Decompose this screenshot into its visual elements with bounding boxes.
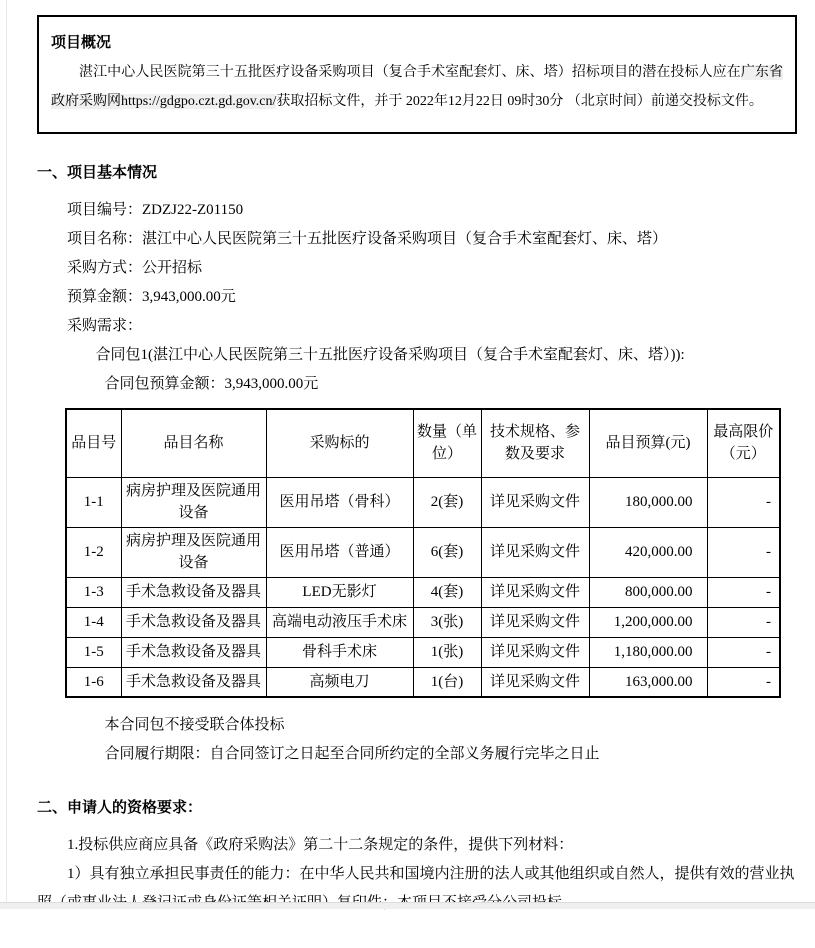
overview-text-before: 湛江中心人民医院第三十五批医疗设备采购项目（复合手术室配套灯、床、塔）招标项目的… [79, 65, 741, 80]
table-cell: 1-4 [66, 607, 121, 637]
table-cell: 手术急救设备及器具 [121, 607, 266, 637]
table-header-row: 品目号 品目名称 采购标的 数量（单位） 技术规格、参数及要求 品目预算(元) … [66, 409, 780, 477]
table-cell-budget: 1,200,000.00 [589, 607, 707, 637]
table-cell: 6(套) [413, 527, 481, 577]
header-item-budget: 品目预算(元) [589, 409, 707, 477]
table-cell-limit: - [707, 477, 780, 527]
performance-period-note: 合同履行期限：自合同签订之日起至合同所约定的全部义务履行完毕之日止 [37, 740, 798, 769]
table-row: 1-2 病房护理及医院通用设备 医用吊塔（普通） 6(套) 详见采购文件 420… [66, 527, 780, 577]
section2-heading: 二、申请人的资格要求： [37, 796, 798, 817]
table-cell: 4(套) [413, 577, 481, 607]
table-cell: 1-2 [66, 527, 121, 577]
table-cell: 手术急救设备及器具 [121, 637, 266, 667]
overview-title: 项目概况 [51, 31, 783, 52]
field-label: 项目名称： [67, 231, 142, 247]
table-cell: 1-6 [66, 667, 121, 697]
table-cell: 病房护理及医院通用设备 [121, 477, 266, 527]
table-cell: 详见采购文件 [481, 477, 589, 527]
table-cell: 详见采购文件 [481, 607, 589, 637]
table-cell: 2(套) [413, 477, 481, 527]
field-label: 采购需求： [67, 318, 142, 334]
table-cell: 详见采购文件 [481, 667, 589, 697]
contract-budget-value: 3,943,000.00元 [225, 376, 319, 392]
qualification-item-1-1: 1）具有独立承担民事责任的能力：在中华人民共和国境内注册的法人或其他组织或自然人… [37, 860, 798, 918]
table-cell: 1(台) [413, 667, 481, 697]
procurement-items-table: 品目号 品目名称 采购标的 数量（单位） 技术规格、参数及要求 品目预算(元) … [65, 408, 781, 698]
project-overview-box: 项目概况 湛江中心人民医院第三十五批医疗设备采购项目（复合手术室配套灯、床、塔）… [37, 15, 797, 134]
table-row: 1-1 病房护理及医院通用设备 医用吊塔（骨科） 2(套) 详见采购文件 180… [66, 477, 780, 527]
table-cell: 手术急救设备及器具 [121, 577, 266, 607]
field-project-no: 项目编号：ZDZJ22-Z01150 [37, 196, 798, 225]
header-item-no: 品目号 [66, 409, 121, 477]
header-quantity-unit: 数量（单位） [413, 409, 481, 477]
table-cell: 详见采购文件 [481, 527, 589, 577]
field-value: 湛江中心人民医院第三十五批医疗设备采购项目（复合手术室配套灯、床、塔） [142, 231, 667, 247]
table-cell-limit: - [707, 577, 780, 607]
overview-paragraph: 湛江中心人民医院第三十五批医疗设备采购项目（复合手术室配套灯、床、塔）招标项目的… [51, 58, 783, 116]
table-row: 1-3 手术急救设备及器具 LED无影灯 4(套) 详见采购文件 800,000… [66, 577, 780, 607]
table-cell-budget: 180,000.00 [589, 477, 707, 527]
no-consortium-note: 本合同包不接受联合体投标 [37, 711, 798, 740]
field-procurement-demand: 采购需求： [37, 312, 798, 341]
table-cell-limit: - [707, 527, 780, 577]
contract-budget-label: 合同包预算金额： [105, 376, 225, 392]
contract-budget-line: 合同包预算金额：3,943,000.00元 [37, 370, 798, 399]
field-value: ZDZJ22-Z01150 [142, 202, 243, 218]
table-cell: 医用吊塔（普通） [266, 527, 413, 577]
table-cell: 1-3 [66, 577, 121, 607]
field-budget-amount: 预算金额：3,943,000.00元 [37, 283, 798, 312]
table-cell: 3(张) [413, 607, 481, 637]
table-cell-budget: 800,000.00 [589, 577, 707, 607]
header-procurement-subject: 采购标的 [266, 409, 413, 477]
table-cell: 骨科手术床 [266, 637, 413, 667]
table-cell-budget: 163,000.00 [589, 667, 707, 697]
section1-heading: 一、项目基本情况 [37, 161, 798, 182]
table-cell-limit: - [707, 607, 780, 637]
table-cell-budget: 1,180,000.00 [589, 637, 707, 667]
table-cell: 1-5 [66, 637, 121, 667]
header-item-name: 品目名称 [121, 409, 266, 477]
table-cell: 详见采购文件 [481, 637, 589, 667]
contract-package-line: 合同包1(湛江中心人民医院第三十五批医疗设备采购项目（复合手术室配套灯、床、塔）… [37, 341, 798, 370]
table-cell: 1(张) [413, 637, 481, 667]
page-left-rule [6, 0, 7, 902]
document-body: 项目概况 湛江中心人民医院第三十五批医疗设备采购项目（复合手术室配套灯、床、塔）… [0, 0, 815, 948]
field-value: 公开招标 [142, 260, 202, 276]
table-cell: 高端电动液压手术床 [266, 607, 413, 637]
table-cell: 医用吊塔（骨科） [266, 477, 413, 527]
header-tech-specs: 技术规格、参数及要求 [481, 409, 589, 477]
table-cell: 手术急救设备及器具 [121, 667, 266, 697]
table-cell: 详见采购文件 [481, 577, 589, 607]
table-cell: 病房护理及医院通用设备 [121, 527, 266, 577]
field-label: 项目编号： [67, 202, 142, 218]
table-cell: 高频电刀 [266, 667, 413, 697]
field-project-name: 项目名称：湛江中心人民医院第三十五批医疗设备采购项目（复合手术室配套灯、床、塔） [37, 225, 798, 254]
table-row: 1-6 手术急救设备及器具 高频电刀 1(台) 详见采购文件 163,000.0… [66, 667, 780, 697]
table-cell-limit: - [707, 637, 780, 667]
table-row: 1-4 手术急救设备及器具 高端电动液压手术床 3(张) 详见采购文件 1,20… [66, 607, 780, 637]
qualification-item-1: 1.投标供应商应具备《政府采购法》第二十二条规定的条件，提供下列材料： [37, 831, 798, 860]
overview-text-after: 获取招标文件，并于 2022年12月22日 09时30分 （北京时间）前递交投标… [276, 94, 763, 109]
table-row: 1-5 手术急救设备及器具 骨科手术床 1(张) 详见采购文件 1,180,00… [66, 637, 780, 667]
field-procurement-method: 采购方式：公开招标 [37, 254, 798, 283]
table-cell-limit: - [707, 667, 780, 697]
table-cell-budget: 420,000.00 [589, 527, 707, 577]
table-cell: LED无影灯 [266, 577, 413, 607]
header-max-price: 最高限价（元） [707, 409, 780, 477]
table-cell: 1-1 [66, 477, 121, 527]
field-label: 采购方式： [67, 260, 142, 276]
horizontal-scrollbar[interactable] [0, 902, 815, 909]
field-value: 3,943,000.00元 [142, 289, 236, 305]
tender-announcement-page: { "overview": { "title": "项目概况", "para_b… [0, 0, 815, 948]
field-label: 预算金额： [67, 289, 142, 305]
